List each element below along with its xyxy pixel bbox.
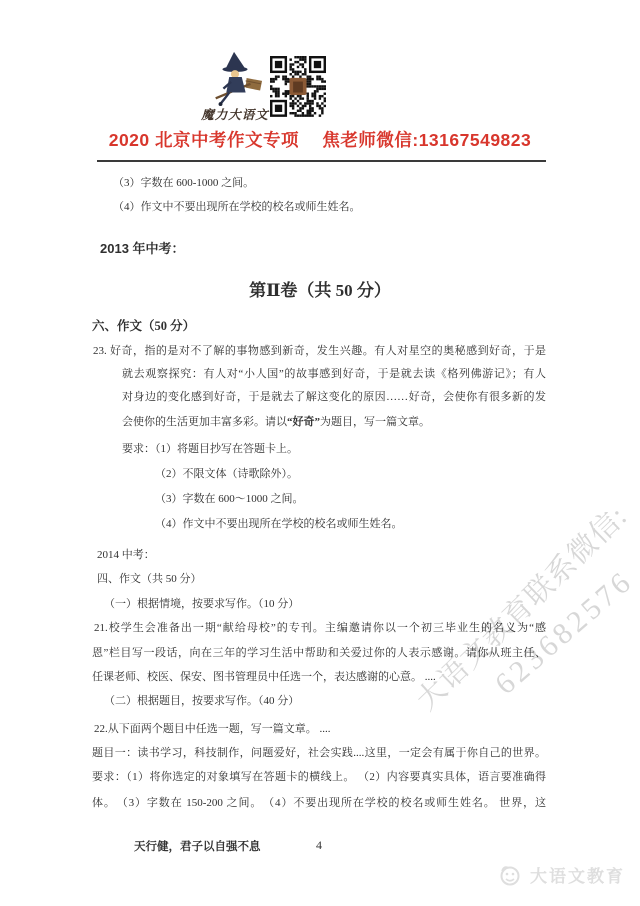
text-line-10: 要求：（1）将题目抄写在答题卡上。 — [122, 440, 298, 458]
text-line-2: （4）作文中不要出现所在学校的校名或师生姓名。 — [113, 198, 361, 216]
text-line-22: 题目一：读书学习，科技制作，问题爱好，社会实践....这里，一定会有属于你自己的… — [92, 744, 546, 762]
banner-title: 2020 北京中考作文专项 焦老师微信:13167549823 — [0, 127, 640, 152]
witch-logo-icon — [206, 50, 264, 106]
text-line-5: 六、作文（50 分） — [92, 317, 195, 335]
text-line-9: 会使你的生活更加丰富多彩。请以“好奇”为题目，写一篇文章。 — [122, 413, 430, 431]
text-line-14: 2014 中考： — [97, 546, 155, 564]
text-line-20: （二）根据题目，按要求写作。（40 分） — [104, 692, 299, 710]
logo-caption: 魔力大语文 — [200, 105, 270, 123]
header-divider — [97, 160, 546, 162]
text-line-1: （3）字数在 600-1000 之间。 — [113, 174, 254, 192]
smiley-icon — [498, 863, 524, 887]
text-line-8: 对身边的变化感到好奇，于是就去了解这变化的原因……好奇，会使你有很多新的发现， — [122, 388, 546, 406]
document-body: 魔力大语文 2020 北京中考作文专项 焦老师微信:13167549823 （3… — [0, 0, 640, 906]
text-line-17: 21.校学生会准备出一期“献给母校”的专刊。主编邀请你以一个初三毕业生的名义为“… — [94, 619, 546, 637]
brand-logo: 大语文教育 — [498, 862, 625, 887]
text-line-3: 2013 年中考： — [100, 240, 185, 258]
text-line-23: 要求：（1）将你选定的对象填写在答题卡的横线上。 （2）内容要真实具体，语言要准… — [92, 768, 546, 786]
text-line-7: 就去观察探究：有人对“小人国”的故事感到好奇，于是就去读《格列佛游记》；有人 — [122, 365, 546, 383]
footer-motto: 天行健，君子以自强不息 — [134, 838, 261, 854]
text-line-11: （2）不限文体（诗歌除外）。 — [155, 465, 298, 483]
text-line-19: 任课老师、校医、保安、图书管理员中任选一个，表达感谢的心意。 .... — [92, 668, 436, 686]
text-line-21: 22.从下面两个题目中任选一题，写一篇文章。 .... — [94, 720, 331, 738]
text-line-16: （一）根据情境，按要求写作。（10 分） — [104, 595, 299, 613]
page-number: 4 — [316, 838, 322, 853]
text-line-24: 体。 （3）字数在 150-200 之间。 （4）不要出现所在学校的校名或师生姓… — [92, 794, 546, 812]
text-line-18: 恩”栏目写一段话，向在三年的学习生活中帮助和关爱过你的人表示感谢。请你从班主任、 — [92, 644, 546, 662]
text-line-12: （3）字数在 600～1000 之间。 — [155, 490, 304, 508]
brand-name: 大语文教育 — [530, 862, 625, 887]
text-line-6: 23. 好奇，指的是对不了解的事物感到新奇，发生兴趣。有人对星空的奥秘感到好奇，… — [93, 342, 546, 360]
text-line-15: 四、作文（共 50 分） — [97, 570, 202, 588]
qr-code — [270, 56, 326, 118]
text-line-13: （4）作文中不要出现所在学校的校名或师生姓名。 — [155, 515, 403, 533]
text-line-4: 第Ⅱ卷（共 50 分） — [0, 282, 640, 300]
document-page: 大语文教育联系微信: 623682576 魔力大语文 2020 北京中考作文专项… — [0, 0, 640, 906]
